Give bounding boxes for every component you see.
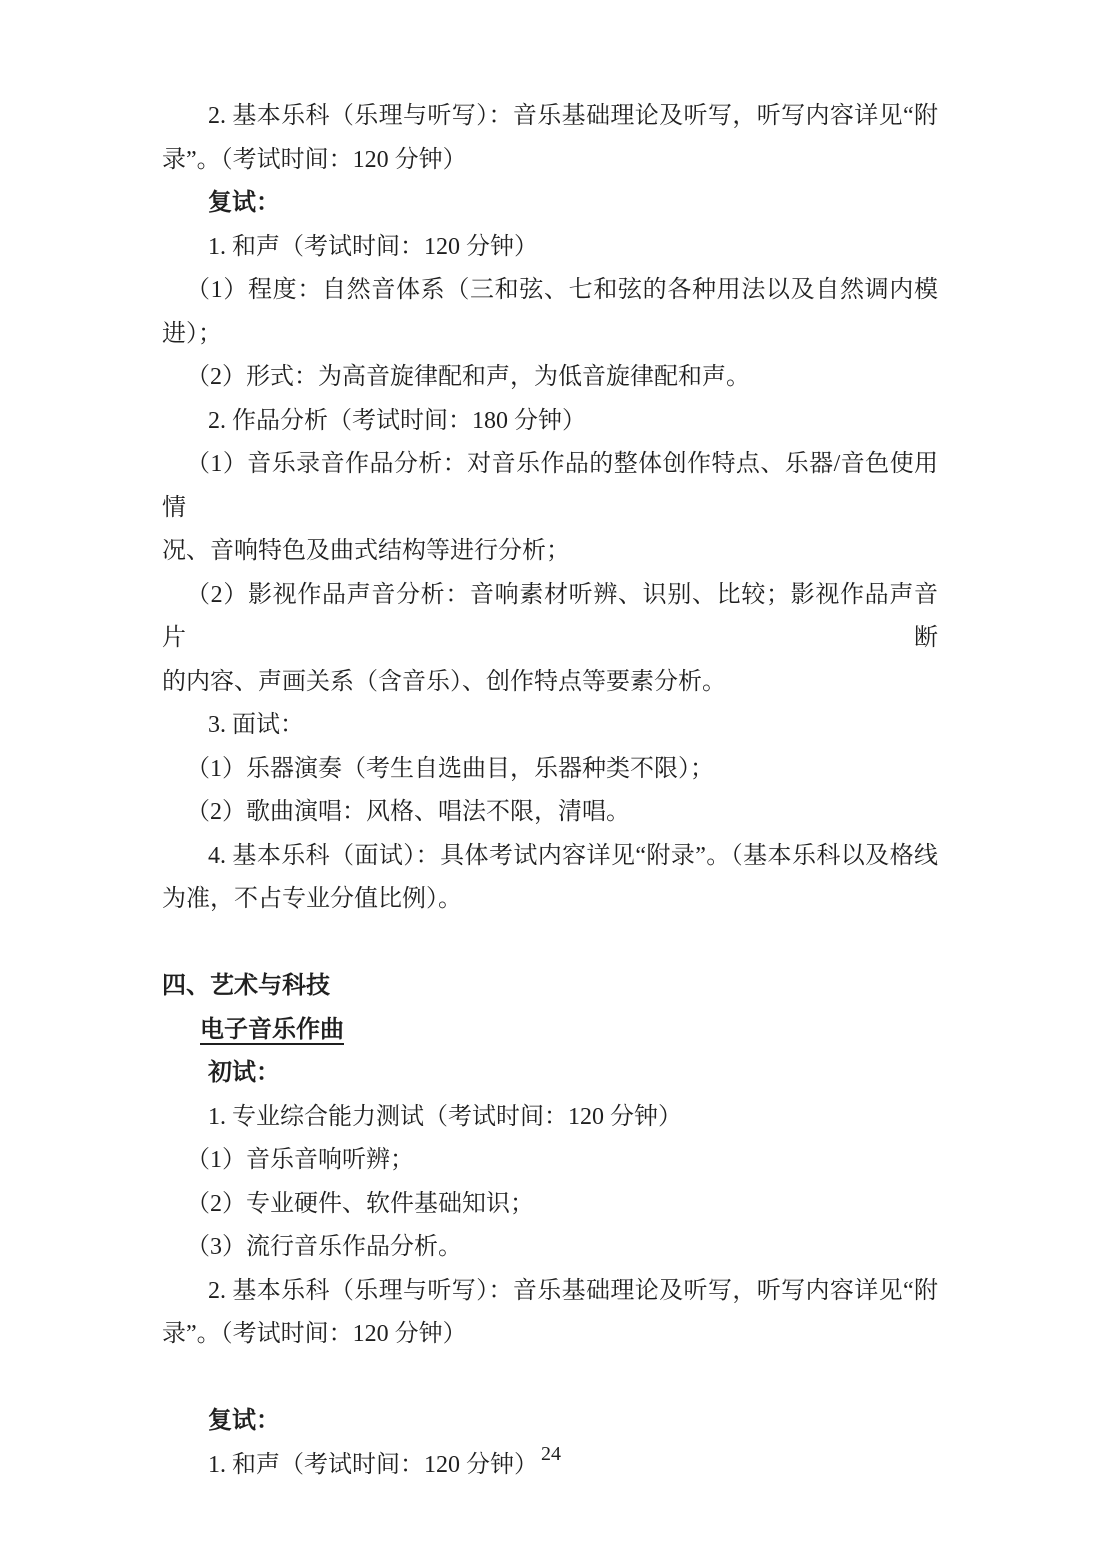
text-line: 3. 面试： (162, 704, 938, 748)
text-line: （1）音乐音响听辨； (162, 1139, 938, 1183)
text-line: 2. 基本乐科（乐理与听写）：音乐基础理论及听写，听写内容详见“附 (162, 1270, 938, 1314)
stage-heading-fushi: 复试： (162, 1400, 938, 1444)
document-content: 2. 基本乐科（乐理与听写）：音乐基础理论及听写，听写内容详见“附录”。（考试时… (162, 95, 938, 1487)
text-line: 录”。（考试时间：120 分钟） (162, 139, 938, 183)
document-page: 2. 基本乐科（乐理与听写）：音乐基础理论及听写，听写内容详见“附录”。（考试时… (0, 0, 1102, 1559)
text-line: 的内容、声画关系（含音乐）、创作特点等要素分析。 (162, 661, 938, 705)
text-line: 2. 基本乐科（乐理与听写）：音乐基础理论及听写，听写内容详见“附 (162, 95, 938, 139)
text-line: 录”。（考试时间：120 分钟） (162, 1313, 938, 1357)
text-line: （2）歌曲演唱：风格、唱法不限，清唱。 (162, 791, 938, 835)
blank-line (162, 922, 938, 966)
blank-line (162, 1357, 938, 1401)
text-line: （1）音乐录音作品分析：对音乐作品的整体创作特点、乐器/音色使用情 (162, 443, 938, 530)
text-line: 4. 基本乐科（面试）：具体考试内容详见“附录”。（基本乐科以及格线 (162, 835, 938, 879)
text-line: （1）乐器演奏（考生自选曲目，乐器种类不限）； (162, 748, 938, 792)
text-line: （1）程度：自然音体系（三和弦、七和弦的各种用法以及自然调内模 (162, 269, 938, 313)
text-line: （3）流行音乐作品分析。 (162, 1226, 938, 1270)
section-heading: 四、艺术与科技 (162, 965, 938, 1009)
text-line: （2）影视作品声音分析：音响素材听辨、识别、比较；影视作品声音片断 (162, 574, 938, 661)
text-line: 况、音响特色及曲式结构等进行分析； (162, 530, 938, 574)
program-title: 电子音乐作曲 (162, 1009, 938, 1053)
text-line: 为准，不占专业分值比例）。 (162, 878, 938, 922)
stage-heading-chushi: 初试： (162, 1052, 938, 1096)
text-line: 进）； (162, 313, 938, 357)
text-line: 1. 专业综合能力测试（考试时间：120 分钟） (162, 1096, 938, 1140)
text-line: （2）形式：为高音旋律配和声，为低音旋律配和声。 (162, 356, 938, 400)
page-number: 24 (0, 1442, 1102, 1466)
stage-heading-fushi: 复试： (162, 182, 938, 226)
text-line: 2. 作品分析（考试时间：180 分钟） (162, 400, 938, 444)
text-line: 1. 和声（考试时间：120 分钟） (162, 226, 938, 270)
text-line: （2）专业硬件、软件基础知识； (162, 1183, 938, 1227)
